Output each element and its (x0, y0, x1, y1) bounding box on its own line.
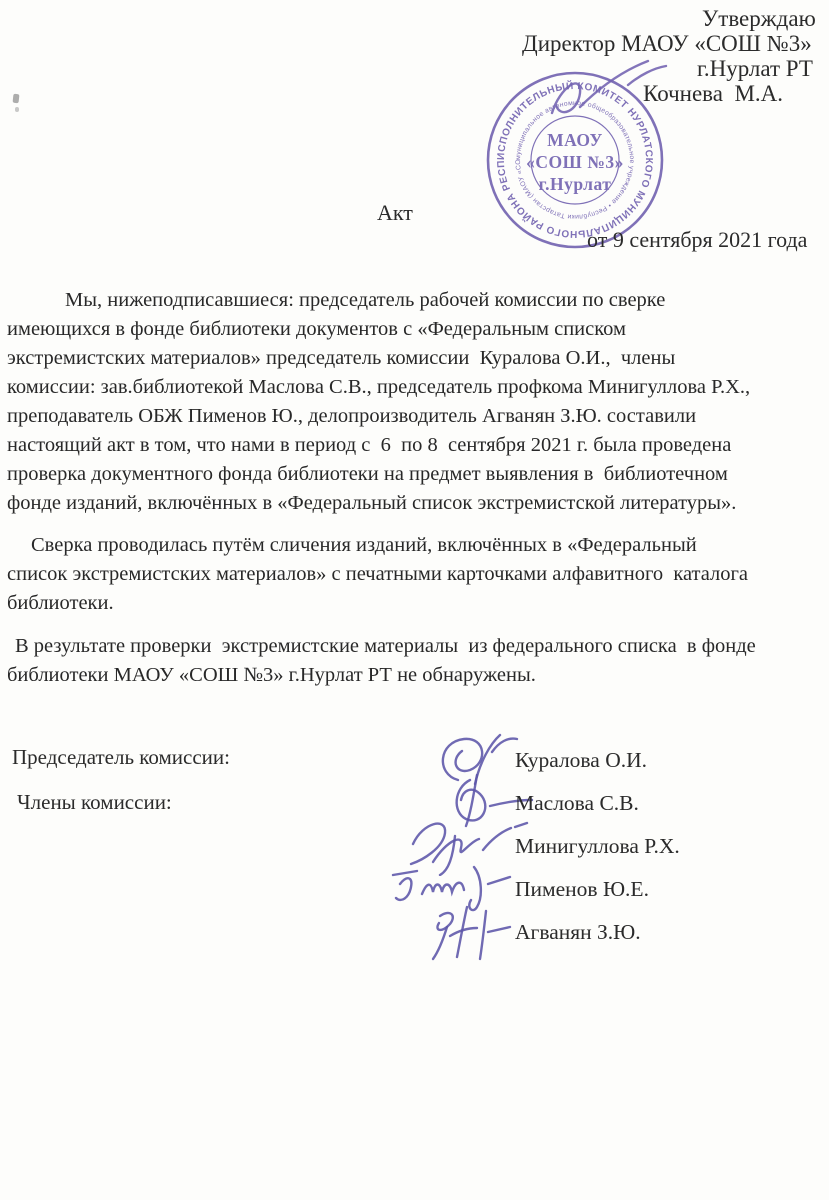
paragraph-line: настоящий акт в том, что нами в период с… (7, 431, 823, 460)
paragraph-line: В результате проверки экстремистские мат… (7, 632, 823, 661)
paragraph-line: комиссии: зав.библиотекой Маслова С.В., … (7, 373, 823, 402)
scanned-act-document: Утверждаю Директор МАОУ «СОШ №3» г.Нурла… (0, 0, 829, 1200)
signer-name: Минигуллова Р.Х. (515, 834, 680, 859)
act-title: Акт (377, 200, 413, 226)
approval-label: Утверждаю (702, 6, 816, 32)
paragraph-line: Мы, нижеподписавшиеся: председатель рабо… (7, 286, 823, 315)
stamp-center-line3: г.Нурлат (539, 174, 612, 194)
paragraph-line: преподаватель ОБЖ Пименов Ю., делопроизв… (7, 402, 823, 431)
act-date: от 9 сентября 2021 года (587, 227, 807, 253)
paragraph-line: список экстремистских материалов» с печа… (7, 560, 823, 589)
paragraph-line: Сверка проводилась путём сличения издани… (7, 531, 823, 560)
director-signature-scribble (530, 55, 680, 125)
scan-speck (15, 107, 19, 112)
members-label: Члены комиссии: (17, 790, 172, 815)
signer-name: Маслова С.В. (515, 791, 639, 816)
paragraph-result: В результате проверки экстремистские мат… (7, 632, 823, 690)
stamp-center-line2: «СОШ №3» (526, 152, 624, 172)
paragraph-line: библиотеки МАОУ «СОШ №3» г.Нурлат РТ не … (7, 661, 823, 690)
paragraph-line: экстремистских материалов» председатель … (7, 344, 823, 373)
signer-name: Куралова О.И. (515, 748, 647, 773)
scan-speck (13, 94, 20, 104)
signer-name: Агванян З.Ю. (515, 920, 641, 945)
paragraph-line: проверка документного фонда библиотеки н… (7, 460, 823, 489)
city-line: г.Нурлат РТ (697, 56, 813, 82)
signer-name: Пименов Ю.Е. (515, 877, 649, 902)
paragraph-line: фонде изданий, включённых в «Федеральный… (7, 489, 823, 518)
paragraph-commission: Мы, нижеподписавшиеся: председатель рабо… (7, 286, 823, 518)
stamp-center-line1: МАОУ (547, 130, 603, 150)
chairman-label: Председатель комиссии: (12, 745, 230, 770)
paragraph-line: имеющихся в фонде библиотеки документов … (7, 315, 823, 344)
paragraph-line: библиотеки. (7, 589, 823, 618)
director-title: Директор МАОУ «СОШ №3» (522, 31, 812, 57)
paragraph-method: Сверка проводилась путём сличения издани… (7, 531, 823, 618)
